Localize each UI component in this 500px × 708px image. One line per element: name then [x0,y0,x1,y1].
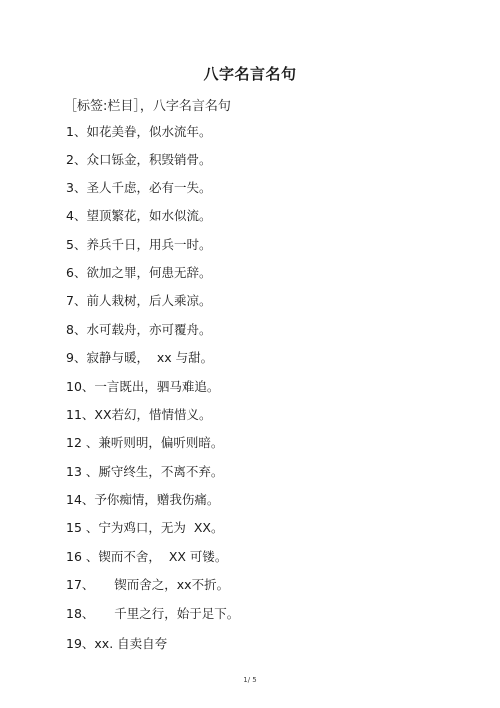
list-item: 8、水可载舟，亦可覆舟。 [66,320,211,338]
list-item: 1、如花美眷，似水流年。 [66,122,211,140]
list-item: 19、xx. 自卖自夸 [66,634,167,652]
document-title: 八字名言名句 [0,63,500,84]
list-item: 3、圣人千虑，必有一失。 [66,178,211,196]
list-item: 6、欲加之罪，何患无辞。 [66,263,211,281]
list-item: 5、养兵千日，用兵一时。 [66,235,211,253]
list-item: 10、一言既出，驷马难追。 [66,377,219,395]
list-item: 2、众口铄金，积毁销骨。 [66,150,211,168]
list-item: 12 、兼听则明，偏听则暗。 [66,433,223,451]
list-item: 14、予你痴情，赠我伤痛。 [66,490,219,508]
list-item: 15 、宁为鸡口，无为 XX。 [66,518,223,536]
list-item: 17、 锲而舍之，xx不折。 [66,575,229,593]
list-item: 13 、厮守终生，不离不弃。 [66,462,223,480]
list-item: 7、前人栽树，后人乘凉。 [66,291,211,309]
document-subtitle: ［标签:栏目］，八字名言名句 [64,95,231,114]
list-item: 16 、锲而不舍， XX 可镂。 [66,547,227,565]
page-number: 1/ 5 [0,676,500,684]
list-item: 9、寂静与暖， xx 与甜。 [66,348,213,366]
list-item: 11、XX若幻，惜情惜义。 [66,405,212,423]
list-item: 4、望顶繁花，如水似流。 [66,206,211,224]
list-item: 18、 千里之行，始于足下。 [66,604,239,622]
